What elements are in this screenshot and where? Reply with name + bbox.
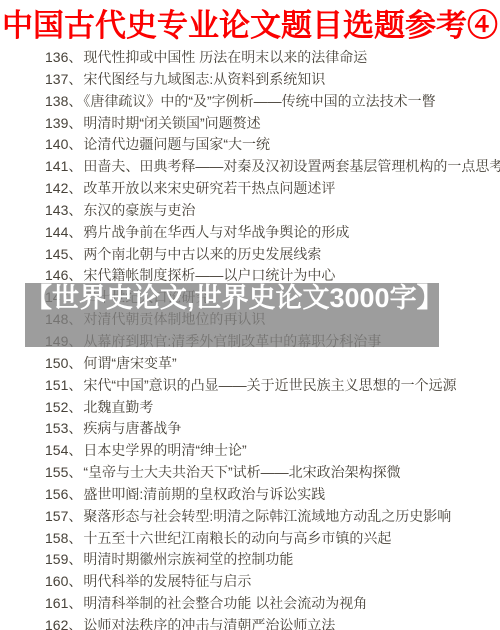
watermark-text: 【世界史论文,世界史论文3000字】 bbox=[25, 283, 439, 313]
item-number: 154、 bbox=[45, 442, 82, 458]
list-item: 157、聚落形态与社会转型:明清之际韩江流域地方动乱之历史影响 bbox=[45, 506, 500, 528]
item-text: 改革开放以来宋史研究若干热点问题述评 bbox=[83, 180, 335, 196]
item-text: 明清科举制的社会整合功能 以社会流动为视角 bbox=[83, 595, 367, 611]
item-number: 146、 bbox=[45, 267, 82, 283]
item-text: 《唐律疏议》中的“及”字例析——传统中国的立法技术一瞥 bbox=[83, 93, 435, 109]
item-text: 讼师对法秩序的冲击与清朝严治讼师立法 bbox=[83, 617, 335, 630]
item-text: 鸦片战争前在华西人与对华战争舆论的形成 bbox=[83, 224, 349, 240]
list-item: 158、十五至十六世纪江南粮长的动向与高乡市镇的兴起 bbox=[45, 528, 500, 550]
list-item: 150、何谓“唐宋变革” bbox=[45, 353, 500, 375]
item-text: 何谓“唐宋变革” bbox=[83, 355, 176, 371]
list-item: 153、疾病与唐蕃战争 bbox=[45, 418, 500, 440]
item-number: 160、 bbox=[45, 573, 82, 589]
item-text: 日本史学界的明清“绅士论” bbox=[83, 442, 246, 458]
list-item: 159、明清时期徽州宗族祠堂的控制功能 bbox=[45, 549, 500, 571]
list-item: 139、明清时期“闭关锁国”问题赘述 bbox=[45, 113, 500, 135]
item-number: 142、 bbox=[45, 180, 82, 196]
list-item: 162、讼师对法秩序的冲击与清朝严治讼师立法 bbox=[45, 615, 500, 630]
list-item: 137、宋代图经与九域图志:从资料到系统知识 bbox=[45, 69, 500, 91]
item-number: 161、 bbox=[45, 595, 82, 611]
item-text: 宋代“中国”意识的凸显——关于近世民族主义思想的一个远源 bbox=[83, 377, 456, 393]
list-item: 155、“皇帝与士大夫共治天下”试析——北宋政治架构探微 bbox=[45, 462, 500, 484]
item-text: 宋代图经与九域图志:从资料到系统知识 bbox=[83, 71, 325, 87]
list-item: 161、明清科举制的社会整合功能 以社会流动为视角 bbox=[45, 593, 500, 615]
list-item: 145、两个南北朝与中古以来的历史发展线索 bbox=[45, 244, 500, 266]
item-number: 138、 bbox=[45, 93, 82, 109]
list-item: 154、日本史学界的明清“绅士论” bbox=[45, 440, 500, 462]
item-number: 136、 bbox=[45, 49, 82, 65]
item-text: 东汉的豪族与吏治 bbox=[83, 202, 195, 218]
page-title: 中国古代史专业论文题目选题参考④ bbox=[0, 0, 500, 45]
list-item: 156、盛世叩阍:清前期的皇权政治与诉讼实践 bbox=[45, 484, 500, 506]
item-number: 159、 bbox=[45, 551, 82, 567]
item-text: 明代科举的发展特征与启示 bbox=[83, 573, 251, 589]
item-number: 152、 bbox=[45, 399, 82, 415]
item-text: 明清时期“闭关锁国”问题赘述 bbox=[83, 115, 260, 131]
item-text: 宋代籍帐制度探析——以户口统计为中心 bbox=[83, 267, 335, 283]
item-number: 151、 bbox=[45, 377, 82, 393]
item-text: 两个南北朝与中古以来的历史发展线索 bbox=[83, 246, 321, 262]
list-item: 142、改革开放以来宋史研究若干热点问题述评 bbox=[45, 178, 500, 200]
item-number: 162、 bbox=[45, 617, 82, 630]
item-number: 153、 bbox=[45, 420, 82, 436]
list-item: 152、北魏直勤考 bbox=[45, 397, 500, 419]
item-number: 139、 bbox=[45, 115, 82, 131]
item-text: 北魏直勤考 bbox=[83, 399, 153, 415]
item-text: 疾病与唐蕃战争 bbox=[83, 420, 181, 436]
item-text: 论清代边疆问题与国家“大一统 bbox=[83, 136, 270, 152]
list-item: 138、《唐律疏议》中的“及”字例析——传统中国的立法技术一瞥 bbox=[45, 91, 500, 113]
list-item: 141、田啬夫、田典考释——对秦及汉初设置两套基层管理机构的一点思考 bbox=[45, 156, 500, 178]
item-number: 145、 bbox=[45, 246, 82, 262]
item-text: 十五至十六世纪江南粮长的动向与高乡市镇的兴起 bbox=[83, 530, 391, 546]
list-item: 144、鸦片战争前在华西人与对华战争舆论的形成 bbox=[45, 222, 500, 244]
list-item: 143、东汉的豪族与吏治 bbox=[45, 200, 500, 222]
item-text: 明清时期徽州宗族祠堂的控制功能 bbox=[83, 551, 293, 567]
list-item: 140、论清代边疆问题与国家“大一统 bbox=[45, 134, 500, 156]
item-number: 155、 bbox=[45, 464, 82, 480]
list-item: 136、现代性抑或中国性 历法在明末以来的法律命运 bbox=[45, 47, 500, 69]
item-number: 137、 bbox=[45, 71, 82, 87]
item-number: 141、 bbox=[45, 158, 82, 174]
item-number: 158、 bbox=[45, 530, 82, 546]
item-number: 156、 bbox=[45, 486, 82, 502]
item-text: 聚落形态与社会转型:明清之际韩江流域地方动乱之历史影响 bbox=[83, 508, 451, 524]
item-number: 144、 bbox=[45, 224, 82, 240]
list-item: 151、宋代“中国”意识的凸显——关于近世民族主义思想的一个远源 bbox=[45, 375, 500, 397]
item-text: “皇帝与士大夫共治天下”试析——北宋政治架构探微 bbox=[83, 464, 400, 480]
list-item: 160、明代科举的发展特征与启示 bbox=[45, 571, 500, 593]
item-number: 150、 bbox=[45, 355, 82, 371]
item-number: 143、 bbox=[45, 202, 82, 218]
item-text: 现代性抑或中国性 历法在明末以来的法律命运 bbox=[83, 49, 367, 65]
item-number: 140、 bbox=[45, 136, 82, 152]
item-number: 157、 bbox=[45, 508, 82, 524]
item-text: 田啬夫、田典考释——对秦及汉初设置两套基层管理机构的一点思考 bbox=[83, 158, 500, 174]
watermark-overlay: 【世界史论文,世界史论文3000字】 bbox=[25, 283, 439, 347]
item-text: 盛世叩阍:清前期的皇权政治与诉讼实践 bbox=[83, 486, 325, 502]
